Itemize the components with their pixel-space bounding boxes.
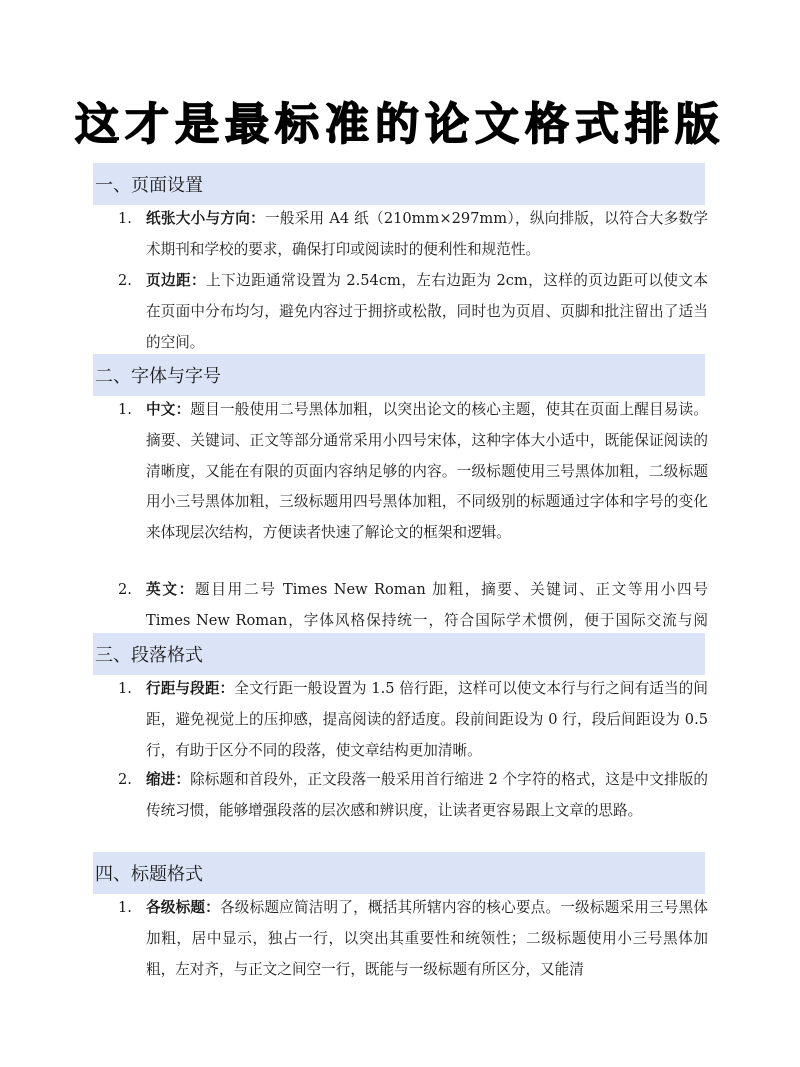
section-heading-text: 二、字体与字号: [95, 362, 221, 388]
section-heading-paragraph: 三、段落格式: [93, 633, 705, 675]
item-number: 1.: [118, 893, 132, 924]
list-item: 1.行距与段距：全文行距一般设置为 1.5 倍行距，这样可以使文本行与行之间有适…: [118, 674, 708, 766]
section-heading-page-setup: 一、页面设置: [93, 163, 705, 205]
item-label: 英文：: [146, 581, 195, 598]
list-item: 1.各级标题：各级标题应简洁明了，概括其所辖内容的核心要点。一级标题采用三号黑体…: [118, 893, 708, 985]
section-heading-text: 一、页面设置: [95, 171, 203, 197]
item-text: 题目一般使用二号黑体加粗，以突出论文的核心主题，使其在页面上醒目易读。摘要、关键…: [146, 401, 708, 541]
item-number: 2.: [118, 765, 132, 796]
list-item: 2.缩进：除标题和首段外，正文段落一般采用首行缩进 2 个字符的格式，这是中文排…: [118, 765, 708, 827]
section-heading-fonts: 二、字体与字号: [93, 354, 705, 396]
section-heading-headings: 四、标题格式: [93, 852, 705, 894]
item-text: 上下边距通常设置为 2.54cm，左右边距为 2cm，这样的页边距可以使文本在页…: [146, 272, 708, 351]
item-number: 1.: [118, 204, 132, 235]
item-number: 2.: [118, 575, 132, 606]
section-heading-text: 四、标题格式: [95, 860, 203, 886]
section-heading-text: 三、段落格式: [95, 641, 203, 667]
item-number: 2.: [118, 266, 132, 297]
item-label: 页边距：: [146, 272, 206, 289]
item-number: 1.: [118, 395, 132, 426]
list-item: 2.页边距：上下边距通常设置为 2.54cm，左右边距为 2cm，这样的页边距可…: [118, 266, 708, 358]
item-text: 各级标题应简洁明了，概括其所辖内容的核心要点。一级标题采用三号黑体加粗，居中显示…: [146, 899, 708, 978]
item-text: 除标题和首段外，正文段落一般采用首行缩进 2 个字符的格式，这是中文排版的传统习…: [146, 771, 708, 819]
list-item: 1.中文：题目一般使用二号黑体加粗，以突出论文的核心主题，使其在页面上醒目易读。…: [118, 395, 708, 549]
item-label: 各级标题：: [146, 899, 220, 916]
item-label: 中文：: [146, 401, 190, 418]
list-item: 1.纸张大小与方向：一般采用 A4 纸（210mm×297mm），纵向排版，以符…: [118, 204, 708, 266]
item-label: 行距与段距：: [146, 680, 234, 697]
item-label: 纸张大小与方向：: [146, 210, 265, 227]
item-label: 缩进：: [146, 771, 190, 788]
item-number: 1.: [118, 674, 132, 705]
document-title: 这才是最标准的论文格式排版: [0, 88, 800, 152]
